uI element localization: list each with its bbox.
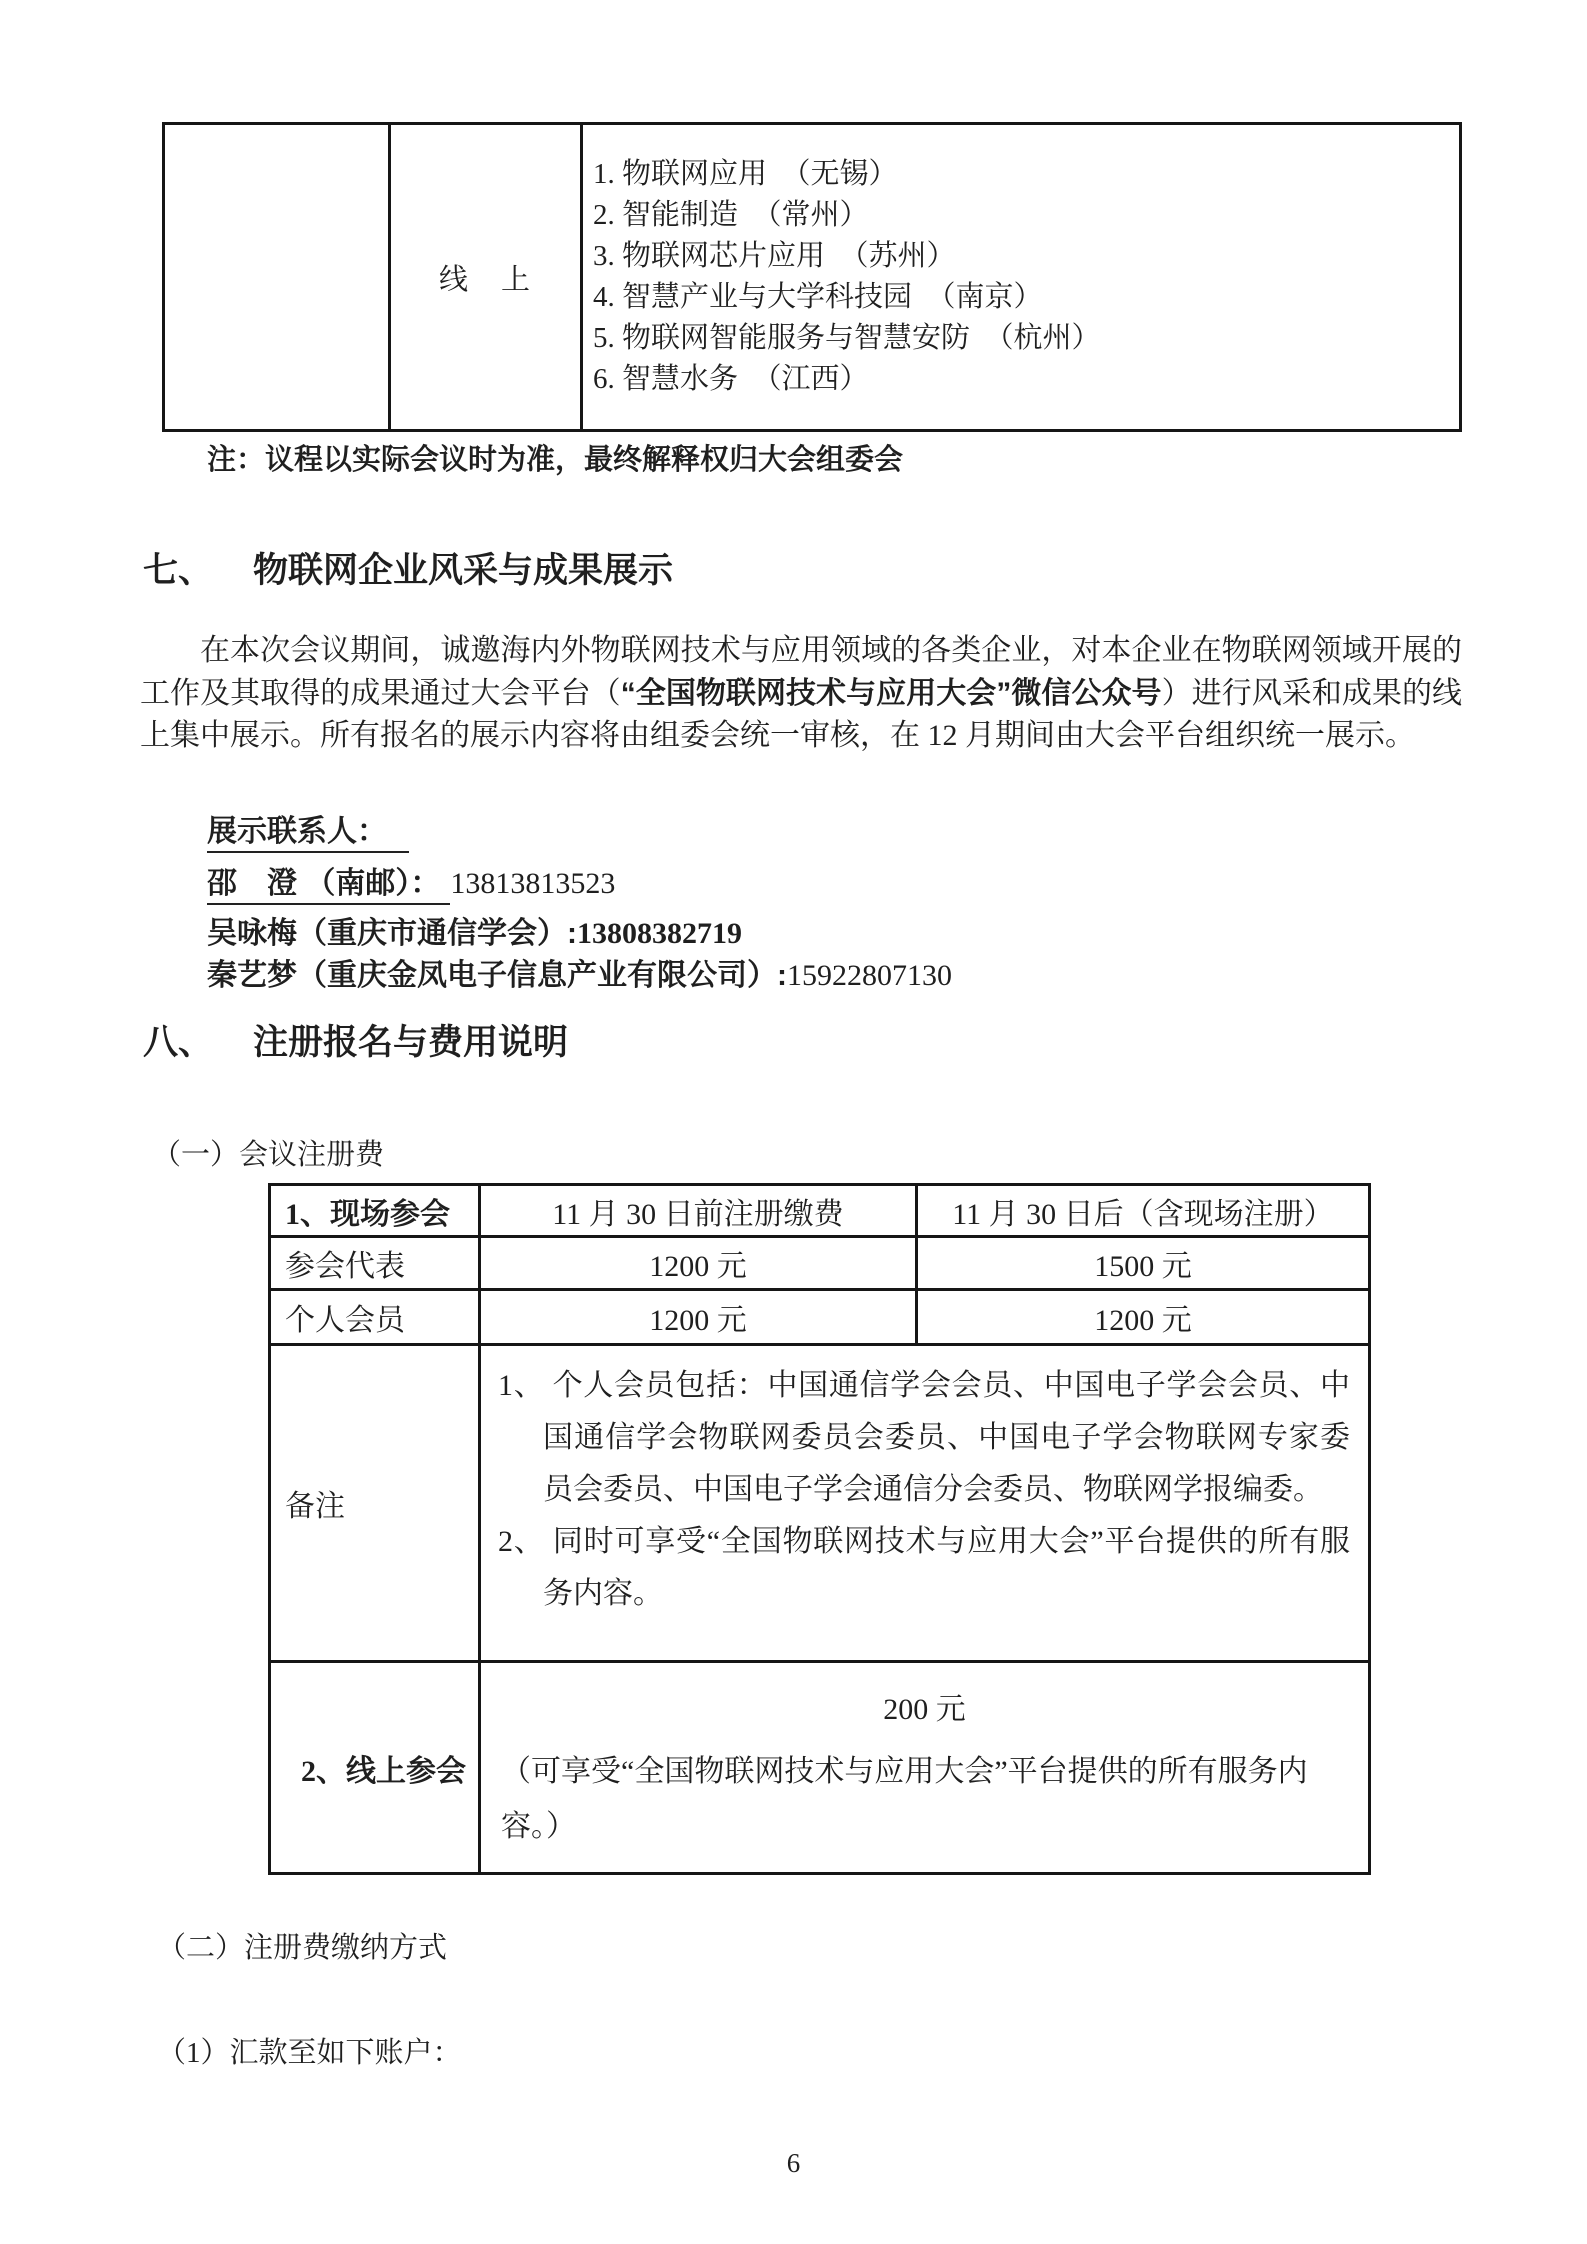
section-8-title: 注册报名与费用说明 <box>253 1023 568 1062</box>
section-8-number: 八、 <box>143 1015 253 1065</box>
contact-1-phone: 13813813523 <box>450 867 615 900</box>
agenda-mode-cell: 线 上 <box>390 124 582 431</box>
fee-subtitle: （一）会议注册费 <box>152 1132 384 1173</box>
section-7-heading: 七、物联网企业风采与成果展示 <box>143 543 673 593</box>
agenda-table: 线 上 1. 物联网应用 （无锡） 2. 智能制造 （常州） 3. 物联网芯片应… <box>162 122 1462 432</box>
fee-member-early: 1200 元 <box>480 1290 917 1345</box>
fee-online-price: 200 元 <box>481 1690 1368 1730</box>
fee-row-delegate: 参会代表 1200 元 1500 元 <box>270 1237 1370 1290</box>
fee-remark-label: 备注 <box>270 1345 480 1662</box>
page-number: 6 <box>0 2148 1587 2179</box>
contact-line-3: 秦艺梦（重庆金凤电子信息产业有限公司）:15922807130 <box>207 950 952 994</box>
fee-table: 1、现场参会 11 月 30 日前注册缴费 11 月 30 日后（含现场注册） … <box>268 1183 1371 1875</box>
fee-remark-body: 1、 个人会员包括：中国通信学会会员、中国电子学会会员、中国通信学会物联网委员会… <box>481 1346 1368 1620</box>
fee-remark-item: 1、 个人会员包括：中国通信学会会员、中国电子学会会员、中国通信学会物联网委员会… <box>543 1360 1350 1516</box>
intro-highlight: “全国物联网技术与应用大会”微信公众号 <box>621 677 1162 710</box>
fee-online-row: 2、线上参会 200 元 （可享受“全国物联网技术与应用大会”平台提供的所有服务… <box>270 1662 1370 1874</box>
fee-remark-cell: 1、 个人会员包括：中国通信学会会员、中国电子学会会员、中国通信学会物联网委员会… <box>480 1345 1370 1662</box>
fee-online-cell: 200 元 （可享受“全国物联网技术与应用大会”平台提供的所有服务内容。） <box>480 1662 1370 1874</box>
fee-header-late: 11 月 30 日后（含现场注册） <box>917 1185 1370 1237</box>
fee-table-header-row: 1、现场参会 11 月 30 日前注册缴费 11 月 30 日后（含现场注册） <box>270 1185 1370 1237</box>
section-8-heading: 八、注册报名与费用说明 <box>143 1015 568 1065</box>
contacts-heading: 展示联系人： <box>207 815 409 853</box>
fee-member-late: 1200 元 <box>917 1290 1370 1345</box>
agenda-table-row: 线 上 1. 物联网应用 （无锡） 2. 智能制造 （常州） 3. 物联网芯片应… <box>164 124 1461 431</box>
fee-header-onsite: 1、现场参会 <box>270 1185 480 1237</box>
contact-1-name: 邵 澄 （南邮）： <box>207 867 450 905</box>
document-page: 线 上 1. 物联网应用 （无锡） 2. 智能制造 （常州） 3. 物联网芯片应… <box>0 0 1587 2244</box>
section-7-title: 物联网企业风采与成果展示 <box>253 551 673 590</box>
contact-3-phone: 15922807130 <box>787 959 952 992</box>
agenda-topics-cell: 1. 物联网应用 （无锡） 2. 智能制造 （常州） 3. 物联网芯片应用 （苏… <box>582 124 1461 431</box>
payment-subtitle: （二）注册费缴纳方式 <box>157 1925 447 1966</box>
section-7-number: 七、 <box>143 543 253 593</box>
fee-delegate-late: 1500 元 <box>917 1237 1370 1290</box>
fee-delegate-early: 1200 元 <box>480 1237 917 1290</box>
intro-paragraph: 在本次会议期间，诚邀海内外物联网技术与应用领域的各类企业，对本企业在物联网领域开… <box>140 630 1462 758</box>
agenda-topic: 3. 物联网芯片应用 （苏州） <box>593 236 1449 277</box>
agenda-note: 注：议程以实际会议时为准，最终解释权归大会组委会 <box>207 437 903 478</box>
fee-delegate-label: 参会代表 <box>270 1237 480 1290</box>
fee-online-label: 2、线上参会 <box>270 1662 480 1874</box>
agenda-topic: 2. 智能制造 （常州） <box>593 195 1449 236</box>
fee-member-label: 个人会员 <box>270 1290 480 1345</box>
contact-2-phone: 13808382719 <box>577 917 742 950</box>
fee-remark-row: 备注 1、 个人会员包括：中国通信学会会员、中国电子学会会员、中国通信学会物联网… <box>270 1345 1370 1662</box>
agenda-topic: 4. 智慧产业与大学科技园 （南京） <box>593 277 1449 318</box>
fee-row-member: 个人会员 1200 元 1200 元 <box>270 1290 1370 1345</box>
agenda-topic: 5. 物联网智能服务与智慧安防 （杭州） <box>593 318 1449 359</box>
agenda-empty-cell <box>164 124 390 431</box>
agenda-topic: 6. 智慧水务 （江西） <box>593 359 1449 400</box>
contact-line-2: 吴咏梅（重庆市通信学会）:13808382719 <box>207 908 742 952</box>
contact-3-name: 秦艺梦（重庆金凤电子信息产业有限公司）: <box>207 959 787 992</box>
fee-header-early: 11 月 30 日前注册缴费 <box>480 1185 917 1237</box>
contact-line-1: 邵 澄 （南邮）：13813813523 <box>207 858 615 902</box>
fee-remark-item: 2、 同时可享受“全国物联网技术与应用大会”平台提供的所有服务内容。 <box>543 1516 1350 1620</box>
contacts-heading-line: 展示联系人： <box>207 806 409 850</box>
contact-2-name: 吴咏梅（重庆市通信学会）: <box>207 917 577 950</box>
payment-item-1: （1）汇款至如下账户： <box>157 2030 462 2071</box>
agenda-topic: 1. 物联网应用 （无锡） <box>593 154 1449 195</box>
fee-online-description: （可享受“全国物联网技术与应用大会”平台提供的所有服务内容。） <box>481 1744 1368 1854</box>
